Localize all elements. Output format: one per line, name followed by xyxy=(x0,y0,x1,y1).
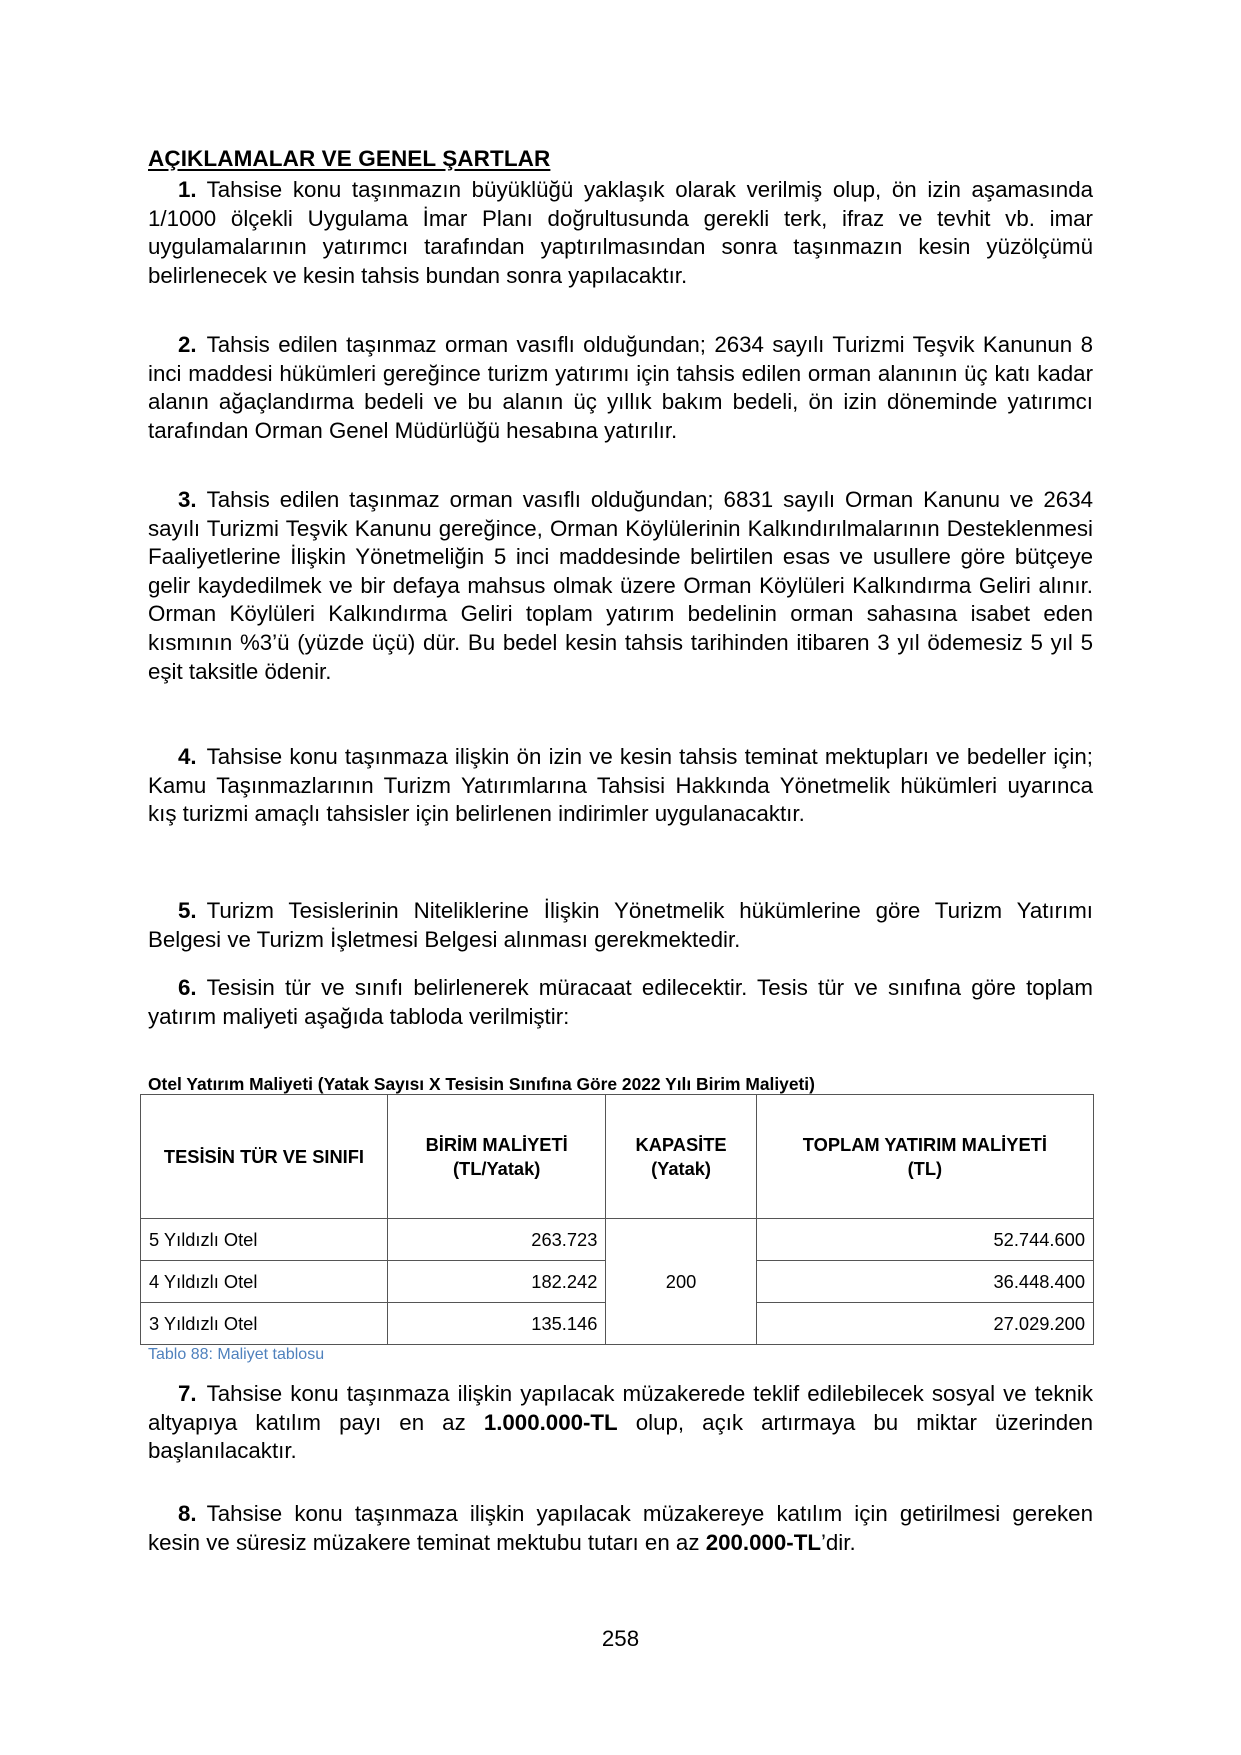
table-header-row: TESİSİN TÜR VE SINIFI BİRİM MALİYETİ(TL/… xyxy=(141,1095,1094,1219)
capacity-cell: 200 xyxy=(606,1219,756,1345)
unit-cost-cell: 182.242 xyxy=(387,1261,605,1303)
clause-text: Tahsis edilen taşınmaz orman vasıflı old… xyxy=(148,487,1093,684)
header-facility-type: TESİSİN TÜR VE SINIFI xyxy=(141,1095,388,1219)
clause-text: ’dir. xyxy=(821,1530,856,1555)
clause-amount: 200.000-TL xyxy=(706,1530,821,1555)
header-capacity: KAPASİTE(Yatak) xyxy=(606,1095,756,1219)
table-caption: Tablo 88: Maliyet tablosu xyxy=(148,1346,324,1364)
clause-text: Tahsis edilen taşınmaz orman vasıflı old… xyxy=(148,332,1093,443)
page-number: 258 xyxy=(148,1626,1093,1652)
clause-2: 2.Tahsis edilen taşınmaz orman vasıflı o… xyxy=(148,331,1093,445)
clause-6: 6.Tesisin tür ve sınıfı belirlenerek mür… xyxy=(148,974,1093,1031)
facility-type-cell: 4 Yıldızlı Otel xyxy=(141,1261,388,1303)
clause-text: Tahsise konu taşınmazın büyüklüğü yaklaş… xyxy=(148,177,1093,288)
clause-number: 6. xyxy=(178,975,197,1000)
clause-number: 1. xyxy=(178,177,197,202)
clause-5: 5.Turizm Tesislerinin Niteliklerine İliş… xyxy=(148,897,1093,954)
clause-number: 4. xyxy=(178,744,197,769)
clause-number: 8. xyxy=(178,1501,197,1526)
header-unit-cost: BİRİM MALİYETİ(TL/Yatak) xyxy=(387,1095,605,1219)
section-heading: AÇIKLAMALAR VE GENEL ŞARTLAR xyxy=(148,146,550,172)
clause-text: Tahsise konu taşınmaza ilişkin yapılacak… xyxy=(148,1501,1093,1555)
facility-type-cell: 5 Yıldızlı Otel xyxy=(141,1219,388,1261)
clause-amount: 1.000.000-TL xyxy=(484,1410,618,1435)
facility-type-cell: 3 Yıldızlı Otel xyxy=(141,1303,388,1345)
unit-cost-cell: 263.723 xyxy=(387,1219,605,1261)
clause-number: 5. xyxy=(178,898,197,923)
clause-1: 1.Tahsise konu taşınmazın büyüklüğü yakl… xyxy=(148,176,1093,290)
clause-number: 7. xyxy=(178,1381,197,1406)
clause-number: 2. xyxy=(178,332,197,357)
table-row: 5 Yıldızlı Otel 263.723 200 52.744.600 xyxy=(141,1219,1094,1261)
header-total-cost: TOPLAM YATIRIM MALİYETİ(TL) xyxy=(756,1095,1093,1219)
total-cost-cell: 52.744.600 xyxy=(756,1219,1093,1261)
total-cost-cell: 36.448.400 xyxy=(756,1261,1093,1303)
clause-8: 8.Tahsise konu taşınmaza ilişkin yapılac… xyxy=(148,1500,1093,1557)
clause-4: 4.Tahsise konu taşınmaza ilişkin ön izin… xyxy=(148,743,1093,829)
clause-text: Tesisin tür ve sınıfı belirlenerek mürac… xyxy=(148,975,1093,1029)
clause-text: Tahsise konu taşınmaza ilişkin ön izin v… xyxy=(148,744,1093,826)
table-title: Otel Yatırım Maliyeti (Yatak Sayısı X Te… xyxy=(148,1074,815,1095)
clause-7: 7.Tahsise konu taşınmaza ilişkin yapılac… xyxy=(148,1380,1093,1466)
clause-3: 3.Tahsis edilen taşınmaz orman vasıflı o… xyxy=(148,486,1093,686)
clause-text: Turizm Tesislerinin Niteliklerine İlişki… xyxy=(148,898,1093,952)
total-cost-cell: 27.029.200 xyxy=(756,1303,1093,1345)
clause-number: 3. xyxy=(178,487,197,512)
cost-table: TESİSİN TÜR VE SINIFI BİRİM MALİYETİ(TL/… xyxy=(140,1094,1094,1345)
unit-cost-cell: 135.146 xyxy=(387,1303,605,1345)
